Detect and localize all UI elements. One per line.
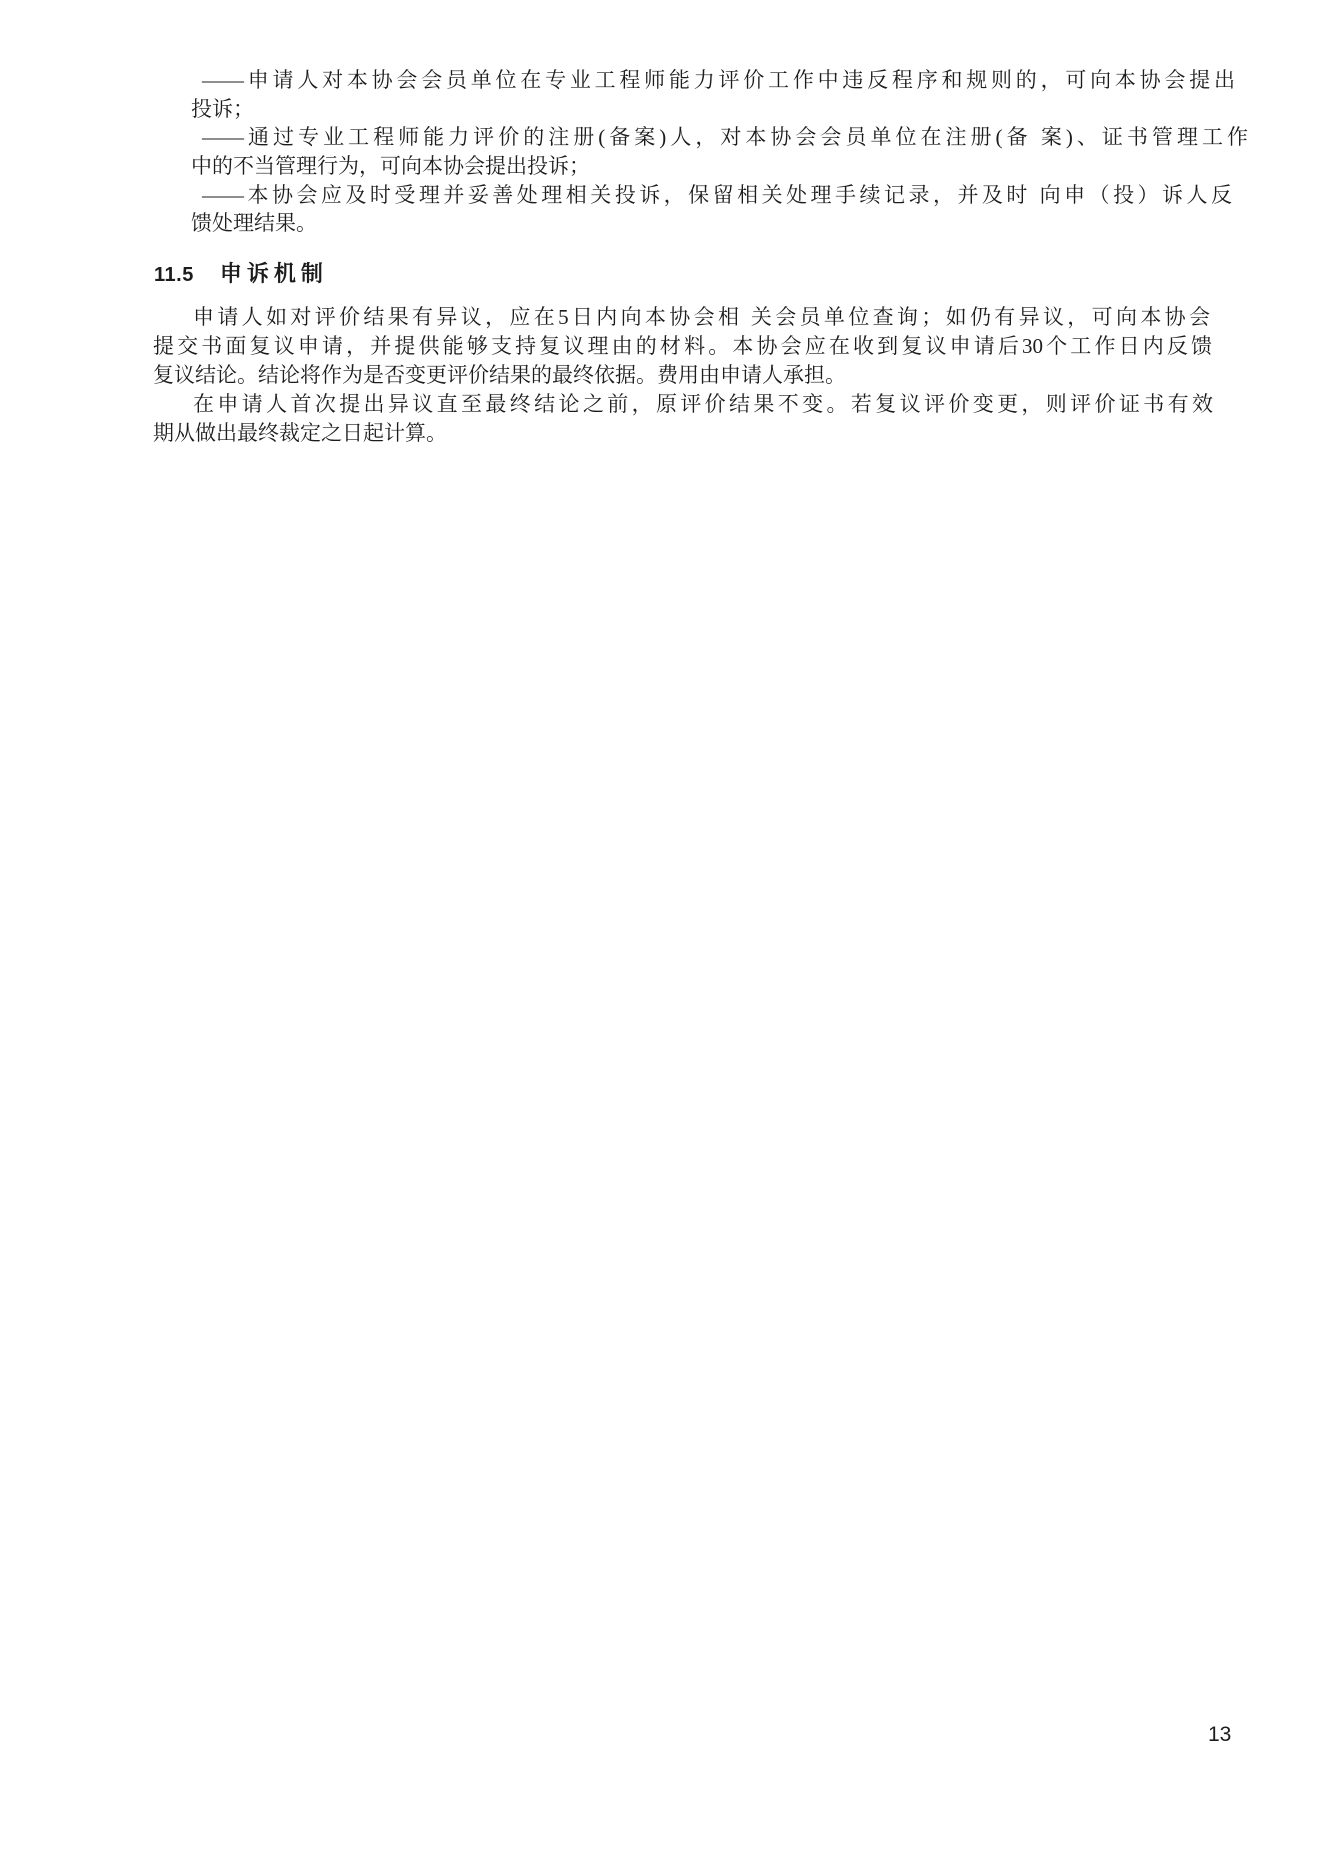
bullet-2-line-2: 中的不当管理行为，可向本协会提出投诉； (191, 152, 590, 181)
document-page: ——申请人对本协会会员单位在专业工程师能力评价工作中违反程序和规则的，可向本协会… (0, 0, 1323, 1871)
section-title: 申诉机制 (220, 259, 328, 288)
paragraph-2-line-1: 在申请人首次提出异议直至最终结论之前，原评价结果不变。若复议评价变更，则评价证书… (193, 390, 1213, 419)
section-number: 11.5 (154, 261, 194, 290)
bullet-1-line-2: 投诉； (191, 95, 254, 124)
paragraph-1-line-3: 复议结论。结论将作为是否变更评价结果的最终依据。费用由申请人承担。 (153, 361, 846, 390)
page-number: 13 (1208, 1720, 1231, 1749)
bullet-3-line-2: 馈处理结果。 (191, 209, 317, 238)
bullet-1-line-1: ——申请人对本协会会员单位在专业工程师能力评价工作中违反程序和规则的，可向本协会… (202, 66, 1235, 95)
section-heading: 11.5 申诉机制 (154, 259, 328, 290)
paragraph-1-line-1: 申请人如对评价结果有异议，应在5日内向本协会相 关会员单位查询；如仍有异议，可向… (193, 303, 1210, 332)
paragraph-1-line-2: 提交书面复议申请，并提供能够支持复议理由的材料。本协会应在收到复议申请后30个工… (153, 332, 1212, 361)
bullet-3-line-1: ——本协会应及时受理并妥善处理相关投诉，保留相关处理手续记录，并及时 向申（投）… (202, 181, 1232, 210)
bullet-2-line-1: ——通过专业工程师能力评价的注册(备案)人，对本协会会员单位在注册(备 案)、证… (202, 123, 1248, 152)
paragraph-2-line-2: 期从做出最终裁定之日起计算。 (153, 419, 447, 448)
